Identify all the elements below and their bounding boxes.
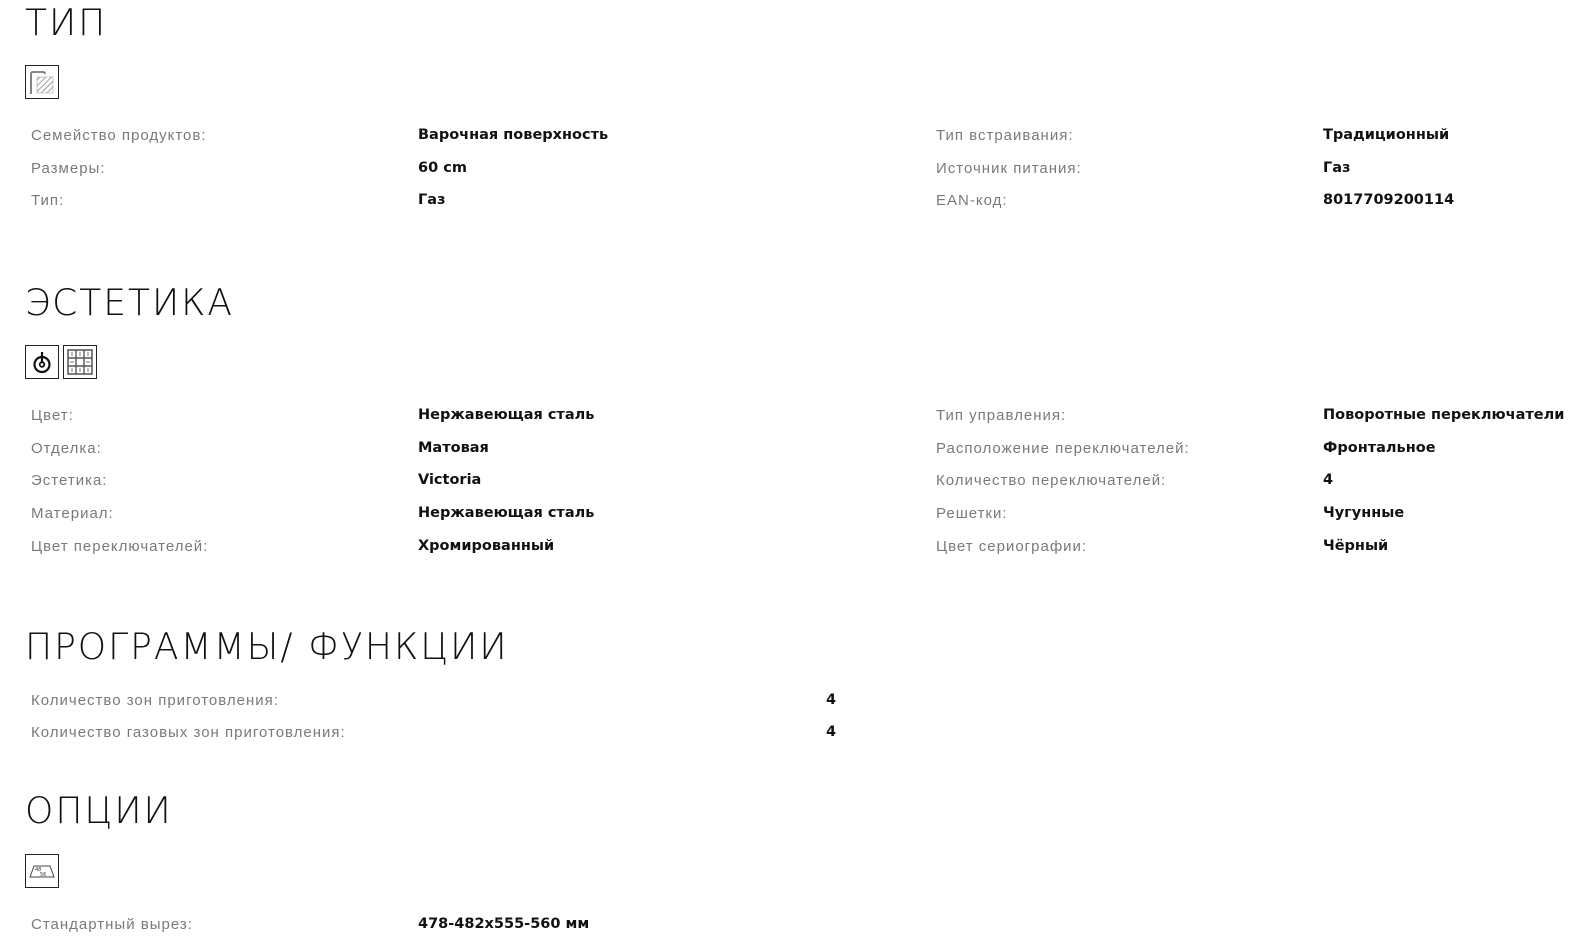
section-title-type: ТИП — [25, 6, 107, 43]
spec-value-control-type: Поворотные переключатели — [1323, 407, 1564, 423]
spec-label-serigraphy-color: Цвет сериографии: — [936, 538, 1087, 555]
spec-label-finish: Отделка: — [31, 440, 102, 457]
spec-label-installation-type: Тип встраивания: — [936, 127, 1074, 144]
cutout-dimensions-icon: 48 56 — [25, 854, 59, 888]
rotary-knob-icon — [25, 345, 59, 379]
spec-label-product-family: Семейство продуктов: — [31, 127, 207, 144]
options-icons: 48 56 — [25, 854, 59, 888]
spec-label-dimensions: Размеры: — [31, 160, 106, 177]
spec-label-grates: Решетки: — [936, 505, 1008, 522]
spec-value-ean-code: 8017709200114 — [1323, 192, 1454, 208]
aesthetics-icons — [25, 345, 97, 379]
spec-value-color: Нержавеющая сталь — [418, 407, 594, 423]
spec-value-product-family: Варочная поверхность — [418, 127, 608, 143]
spec-value-knob-count: 4 — [1323, 472, 1333, 488]
spec-value-type: Газ — [418, 192, 445, 208]
spec-value-cooking-zones: 4 — [826, 692, 836, 708]
spec-label-knob-count: Количество переключателей: — [936, 472, 1166, 489]
built-in-hob-icon — [25, 65, 59, 99]
spec-label-type: Тип: — [31, 192, 64, 209]
spec-label-gas-zones: Количество газовых зон приготовления: — [31, 724, 346, 741]
section-title-aesthetics: ЭСТЕТИКА — [25, 286, 234, 323]
section-title-programs: ПРОГРАММЫ/ ФУНКЦИИ — [25, 630, 509, 667]
cutout-bottom-dimension: 56 — [40, 872, 46, 878]
spec-label-knob-position: Расположение переключателей: — [936, 440, 1190, 457]
spec-value-installation-type: Традиционный — [1323, 127, 1449, 143]
spec-label-knob-color: Цвет переключателей: — [31, 538, 208, 555]
spec-value-serigraphy-color: Чёрный — [1323, 538, 1388, 554]
product-specifications: ТИП Семейство продуктов: Варочная поверх… — [0, 0, 1569, 949]
spec-value-finish: Матовая — [418, 440, 489, 456]
spec-value-grates: Чугунные — [1323, 505, 1404, 521]
spec-label-standard-cutout: Стандартный вырез: — [31, 916, 193, 933]
spec-label-color: Цвет: — [31, 407, 74, 424]
spec-value-power-source: Газ — [1323, 160, 1350, 176]
section-title-options: ОПЦИИ — [25, 794, 173, 831]
spec-label-cooking-zones: Количество зон приготовления: — [31, 692, 279, 709]
spec-label-material: Материал: — [31, 505, 114, 522]
spec-value-material: Нержавеющая сталь — [418, 505, 594, 521]
spec-value-dimensions: 60 cm — [418, 160, 467, 176]
spec-value-knob-color: Хромированный — [418, 538, 554, 554]
spec-value-knob-position: Фронтальное — [1323, 440, 1436, 456]
spec-label-aesthetics: Эстетика: — [31, 472, 107, 489]
cast-iron-grid-icon — [63, 345, 97, 379]
spec-label-ean-code: EAN-код: — [936, 192, 1008, 209]
spec-value-aesthetics: Victoria — [418, 472, 481, 488]
type-icons — [25, 65, 59, 99]
spec-value-gas-zones: 4 — [826, 724, 836, 740]
spec-label-control-type: Тип управления: — [936, 407, 1066, 424]
spec-value-standard-cutout: 478-482x555-560 мм — [418, 916, 589, 932]
spec-label-power-source: Источник питания: — [936, 160, 1082, 177]
